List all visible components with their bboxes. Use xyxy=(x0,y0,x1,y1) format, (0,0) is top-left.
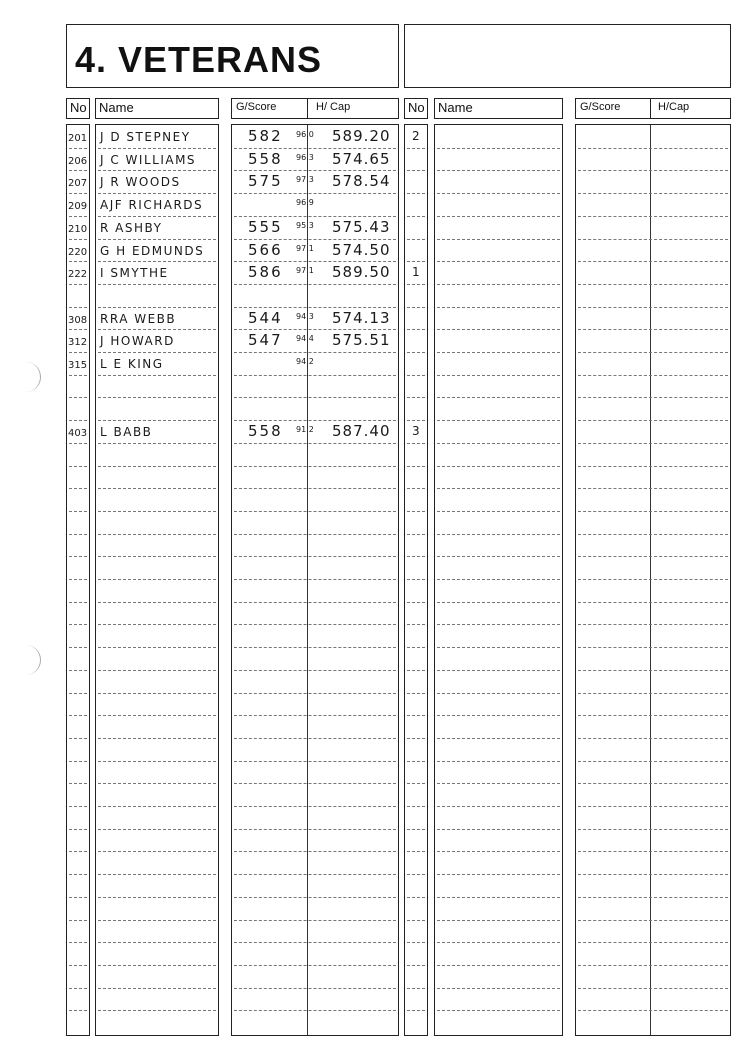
row-line xyxy=(98,511,216,512)
entry-handicap-score: 589.50 xyxy=(332,263,391,281)
row-line xyxy=(437,1010,560,1011)
entry-gross-score: 586 xyxy=(248,263,283,281)
row-line xyxy=(578,579,728,580)
row-line xyxy=(578,715,728,716)
row-line xyxy=(407,897,425,898)
entry-name: J C WILLIAMS xyxy=(100,153,196,167)
row-line xyxy=(98,307,216,308)
row-line xyxy=(407,761,425,762)
row-line xyxy=(234,261,396,262)
entry-percentage: 94.2 xyxy=(296,357,314,366)
row-line xyxy=(98,397,216,398)
row-line xyxy=(234,693,396,694)
row-line xyxy=(234,443,396,444)
row-line xyxy=(234,965,396,966)
row-line xyxy=(69,511,87,512)
row-line xyxy=(98,715,216,716)
row-line xyxy=(578,375,728,376)
row-line xyxy=(69,647,87,648)
row-line xyxy=(407,534,425,535)
row-line xyxy=(578,466,728,467)
row-line xyxy=(437,556,560,557)
row-line xyxy=(407,1010,425,1011)
row-line xyxy=(407,556,425,557)
row-line xyxy=(234,874,396,875)
row-line xyxy=(578,170,728,171)
entry-percentage: 94.4 xyxy=(296,334,314,343)
row-line xyxy=(578,920,728,921)
row-line xyxy=(98,851,216,852)
entry-name: J D STEPNEY xyxy=(100,130,191,144)
row-line xyxy=(69,307,87,308)
row-line xyxy=(407,239,425,240)
row-line xyxy=(69,670,87,671)
row-line xyxy=(98,624,216,625)
row-line xyxy=(234,534,396,535)
row-line xyxy=(234,420,396,421)
row-line xyxy=(234,738,396,739)
row-line xyxy=(578,647,728,648)
row-line xyxy=(407,874,425,875)
row-line xyxy=(437,806,560,807)
entry-percentage: 95.3 xyxy=(296,221,314,230)
row-line xyxy=(234,170,396,171)
entry-number: 207 xyxy=(68,178,87,189)
row-line xyxy=(234,375,396,376)
row-line xyxy=(407,693,425,694)
row-line xyxy=(234,715,396,716)
row-line xyxy=(234,307,396,308)
row-line xyxy=(69,783,87,784)
row-line xyxy=(407,352,425,353)
row-line xyxy=(69,148,87,149)
row-line xyxy=(437,965,560,966)
row-line xyxy=(437,670,560,671)
row-line xyxy=(578,329,728,330)
header-name-left: Name xyxy=(95,98,219,119)
row-line xyxy=(578,602,728,603)
row-line xyxy=(407,329,425,330)
row-line xyxy=(578,738,728,739)
row-line xyxy=(234,670,396,671)
entry-handicap-score: 575.43 xyxy=(332,218,391,236)
row-line xyxy=(234,920,396,921)
entry-position: 3 xyxy=(412,424,420,438)
row-line xyxy=(578,851,728,852)
row-line xyxy=(407,420,425,421)
entry-percentage: 96.9 xyxy=(296,198,314,207)
row-line xyxy=(69,874,87,875)
entry-percentage: 97.1 xyxy=(296,266,314,275)
header-gscore-left: G/Score xyxy=(236,101,276,113)
row-line xyxy=(69,806,87,807)
row-line xyxy=(98,602,216,603)
row-line xyxy=(234,556,396,557)
row-line xyxy=(437,761,560,762)
row-line xyxy=(98,988,216,989)
row-line xyxy=(578,397,728,398)
entry-gross-score: 547 xyxy=(248,331,283,349)
row-line xyxy=(578,965,728,966)
row-line xyxy=(437,511,560,512)
row-line xyxy=(234,488,396,489)
entry-percentage: 97.3 xyxy=(296,175,314,184)
entry-percentage: 96.0 xyxy=(296,130,314,139)
row-line xyxy=(407,942,425,943)
row-line xyxy=(69,375,87,376)
entry-number: 308 xyxy=(68,315,87,326)
section-title-box: 4. VETERANS xyxy=(66,24,399,88)
entry-handicap-score: 574.50 xyxy=(332,241,391,259)
row-line xyxy=(437,443,560,444)
row-line xyxy=(98,216,216,217)
row-line xyxy=(69,466,87,467)
row-line xyxy=(69,284,87,285)
entry-number: 206 xyxy=(68,156,87,167)
row-line xyxy=(98,466,216,467)
row-line xyxy=(437,534,560,535)
entry-handicap-score: 575.51 xyxy=(332,331,391,349)
row-line xyxy=(437,352,560,353)
row-line xyxy=(407,170,425,171)
row-line xyxy=(437,715,560,716)
row-line xyxy=(578,284,728,285)
row-line xyxy=(98,375,216,376)
row-line xyxy=(69,420,87,421)
row-line xyxy=(69,216,87,217)
entry-percentage: 97.1 xyxy=(296,244,314,253)
row-line xyxy=(407,806,425,807)
row-line xyxy=(407,284,425,285)
row-line xyxy=(407,602,425,603)
row-line xyxy=(234,239,396,240)
row-line xyxy=(69,170,87,171)
row-line xyxy=(234,761,396,762)
entry-percentage: 96.3 xyxy=(296,153,314,162)
row-line xyxy=(69,556,87,557)
row-line xyxy=(98,783,216,784)
entry-handicap-score: 574.13 xyxy=(332,309,391,327)
row-line xyxy=(437,216,560,217)
section-title: 4. VETERANS xyxy=(75,39,322,81)
row-line xyxy=(98,897,216,898)
row-line xyxy=(407,466,425,467)
header-scores-right: G/Score H/Cap xyxy=(575,98,731,119)
row-line xyxy=(407,488,425,489)
row-line xyxy=(437,988,560,989)
row-line xyxy=(578,988,728,989)
row-line xyxy=(234,897,396,898)
row-line xyxy=(69,1010,87,1011)
row-line xyxy=(407,193,425,194)
header-no-left: No xyxy=(66,98,90,119)
row-line xyxy=(234,329,396,330)
row-line xyxy=(234,466,396,467)
row-line xyxy=(578,874,728,875)
entry-name: J R WOODS xyxy=(100,175,181,189)
row-line xyxy=(234,352,396,353)
row-line xyxy=(98,534,216,535)
row-line xyxy=(437,783,560,784)
row-line xyxy=(98,284,216,285)
row-line xyxy=(578,511,728,512)
row-line xyxy=(98,761,216,762)
entry-gross-score: 582 xyxy=(248,127,283,145)
row-line xyxy=(437,738,560,739)
row-line xyxy=(234,988,396,989)
row-line xyxy=(234,624,396,625)
row-line xyxy=(437,851,560,852)
row-line xyxy=(578,307,728,308)
row-line xyxy=(437,148,560,149)
row-line xyxy=(98,1010,216,1011)
row-line xyxy=(407,375,425,376)
row-line xyxy=(407,261,425,262)
row-line xyxy=(69,715,87,716)
row-line xyxy=(69,443,87,444)
row-line xyxy=(98,829,216,830)
row-line xyxy=(407,397,425,398)
row-line xyxy=(437,239,560,240)
row-line xyxy=(407,511,425,512)
row-line xyxy=(578,148,728,149)
row-line xyxy=(407,783,425,784)
header-hcap-right: H/Cap xyxy=(658,101,689,113)
column-scores-right xyxy=(575,124,731,1036)
row-line xyxy=(578,761,728,762)
row-line xyxy=(578,352,728,353)
row-line xyxy=(98,488,216,489)
row-line xyxy=(69,920,87,921)
row-line xyxy=(69,602,87,603)
row-line xyxy=(407,443,425,444)
row-line xyxy=(437,420,560,421)
row-line xyxy=(437,375,560,376)
blank-title-box xyxy=(404,24,731,88)
row-line xyxy=(578,443,728,444)
row-line xyxy=(234,829,396,830)
row-line xyxy=(437,897,560,898)
row-line xyxy=(69,352,87,353)
entry-percentage: 94.3 xyxy=(296,312,314,321)
row-line xyxy=(69,534,87,535)
column-scores-left xyxy=(231,124,399,1036)
entry-name: L BABB xyxy=(100,425,152,439)
row-line xyxy=(578,488,728,489)
row-line xyxy=(98,738,216,739)
header-hcap-left: H/ Cap xyxy=(316,101,350,113)
entry-number: 220 xyxy=(68,247,87,258)
entry-name: L E KING xyxy=(100,357,164,371)
row-line xyxy=(98,193,216,194)
entry-position: 2 xyxy=(412,129,420,143)
row-line xyxy=(407,216,425,217)
row-line xyxy=(437,170,560,171)
row-line xyxy=(234,851,396,852)
entry-gross-score: 566 xyxy=(248,241,283,259)
row-line xyxy=(69,329,87,330)
row-line xyxy=(407,148,425,149)
entry-percentage: 91.2 xyxy=(296,425,314,434)
entry-name: J HOWARD xyxy=(100,334,175,348)
header-gscore-right: G/Score xyxy=(580,101,620,113)
row-line xyxy=(578,897,728,898)
row-line xyxy=(234,1010,396,1011)
entry-number: 403 xyxy=(68,428,87,439)
column-name-right xyxy=(434,124,563,1036)
row-line xyxy=(437,397,560,398)
row-line xyxy=(578,806,728,807)
entry-handicap-score: 578.54 xyxy=(332,172,391,190)
entry-name: RRA WEBB xyxy=(100,312,176,326)
column-no-right xyxy=(404,124,428,1036)
row-line xyxy=(98,942,216,943)
column-no-left xyxy=(66,124,90,1036)
entry-handicap-score: 589.20 xyxy=(332,127,391,145)
entry-gross-score: 558 xyxy=(248,150,283,168)
row-line xyxy=(69,579,87,580)
row-line xyxy=(98,420,216,421)
row-line xyxy=(437,829,560,830)
row-line xyxy=(578,261,728,262)
row-line xyxy=(578,216,728,217)
row-line xyxy=(407,624,425,625)
row-line xyxy=(578,670,728,671)
entry-gross-score: 544 xyxy=(248,309,283,327)
row-line xyxy=(437,329,560,330)
row-line xyxy=(69,988,87,989)
row-line xyxy=(407,920,425,921)
entry-number: 222 xyxy=(68,269,87,280)
row-line xyxy=(578,942,728,943)
row-line xyxy=(234,148,396,149)
row-line xyxy=(437,488,560,489)
entry-gross-score: 558 xyxy=(248,422,283,440)
row-line xyxy=(234,193,396,194)
entry-gross-score: 575 xyxy=(248,172,283,190)
row-line xyxy=(437,193,560,194)
entry-position: 1 xyxy=(412,265,420,279)
row-line xyxy=(69,261,87,262)
row-line xyxy=(98,647,216,648)
row-line xyxy=(234,942,396,943)
row-line xyxy=(407,829,425,830)
row-line xyxy=(407,647,425,648)
row-line xyxy=(98,170,216,171)
row-line xyxy=(98,352,216,353)
binder-hole xyxy=(0,362,41,392)
row-line xyxy=(437,261,560,262)
row-line xyxy=(234,284,396,285)
entry-name: I SMYTHE xyxy=(100,266,169,280)
row-line xyxy=(69,239,87,240)
row-line xyxy=(578,556,728,557)
row-line xyxy=(578,420,728,421)
row-line xyxy=(407,965,425,966)
row-line xyxy=(437,307,560,308)
row-line xyxy=(437,920,560,921)
row-line xyxy=(578,534,728,535)
row-line xyxy=(407,579,425,580)
row-line xyxy=(407,715,425,716)
row-line xyxy=(407,851,425,852)
header-name-right: Name xyxy=(434,98,563,119)
entry-gross-score: 555 xyxy=(248,218,283,236)
row-line xyxy=(69,193,87,194)
row-line xyxy=(578,193,728,194)
row-line xyxy=(234,806,396,807)
row-line xyxy=(234,579,396,580)
row-line xyxy=(98,556,216,557)
row-line xyxy=(98,965,216,966)
row-line xyxy=(437,874,560,875)
row-line xyxy=(69,488,87,489)
row-line xyxy=(98,693,216,694)
entry-number: 201 xyxy=(68,133,87,144)
row-line xyxy=(69,942,87,943)
row-line xyxy=(98,443,216,444)
row-line xyxy=(234,602,396,603)
row-line xyxy=(578,829,728,830)
row-line xyxy=(98,261,216,262)
row-line xyxy=(234,511,396,512)
binder-hole xyxy=(0,645,41,675)
row-line xyxy=(234,216,396,217)
row-line xyxy=(98,579,216,580)
row-line xyxy=(234,647,396,648)
row-line xyxy=(437,602,560,603)
row-line xyxy=(69,624,87,625)
row-line xyxy=(437,466,560,467)
column-name-left xyxy=(95,124,219,1036)
row-line xyxy=(98,670,216,671)
row-line xyxy=(437,647,560,648)
row-line xyxy=(578,693,728,694)
header-no-right: No xyxy=(404,98,428,119)
row-line xyxy=(69,965,87,966)
row-line xyxy=(234,397,396,398)
entry-name: AJF RICHARDS xyxy=(100,198,203,212)
row-line xyxy=(98,920,216,921)
row-line xyxy=(69,738,87,739)
row-line xyxy=(234,783,396,784)
row-line xyxy=(69,851,87,852)
entry-number: 210 xyxy=(68,224,87,235)
row-line xyxy=(578,1010,728,1011)
row-line xyxy=(578,239,728,240)
row-line xyxy=(69,693,87,694)
row-line xyxy=(407,670,425,671)
entry-number: 209 xyxy=(68,201,87,212)
row-line xyxy=(69,397,87,398)
row-line xyxy=(69,761,87,762)
entry-number: 315 xyxy=(68,360,87,371)
row-line xyxy=(98,806,216,807)
row-line xyxy=(578,624,728,625)
row-line xyxy=(437,284,560,285)
row-line xyxy=(98,239,216,240)
entry-handicap-score: 574.65 xyxy=(332,150,391,168)
row-line xyxy=(578,783,728,784)
row-line xyxy=(98,874,216,875)
row-line xyxy=(407,738,425,739)
row-line xyxy=(437,693,560,694)
entry-name: R ASHBY xyxy=(100,221,162,235)
row-line xyxy=(69,829,87,830)
entry-name: G H EDMUNDS xyxy=(100,244,204,258)
entry-number: 312 xyxy=(68,337,87,348)
entry-handicap-score: 587.40 xyxy=(332,422,391,440)
